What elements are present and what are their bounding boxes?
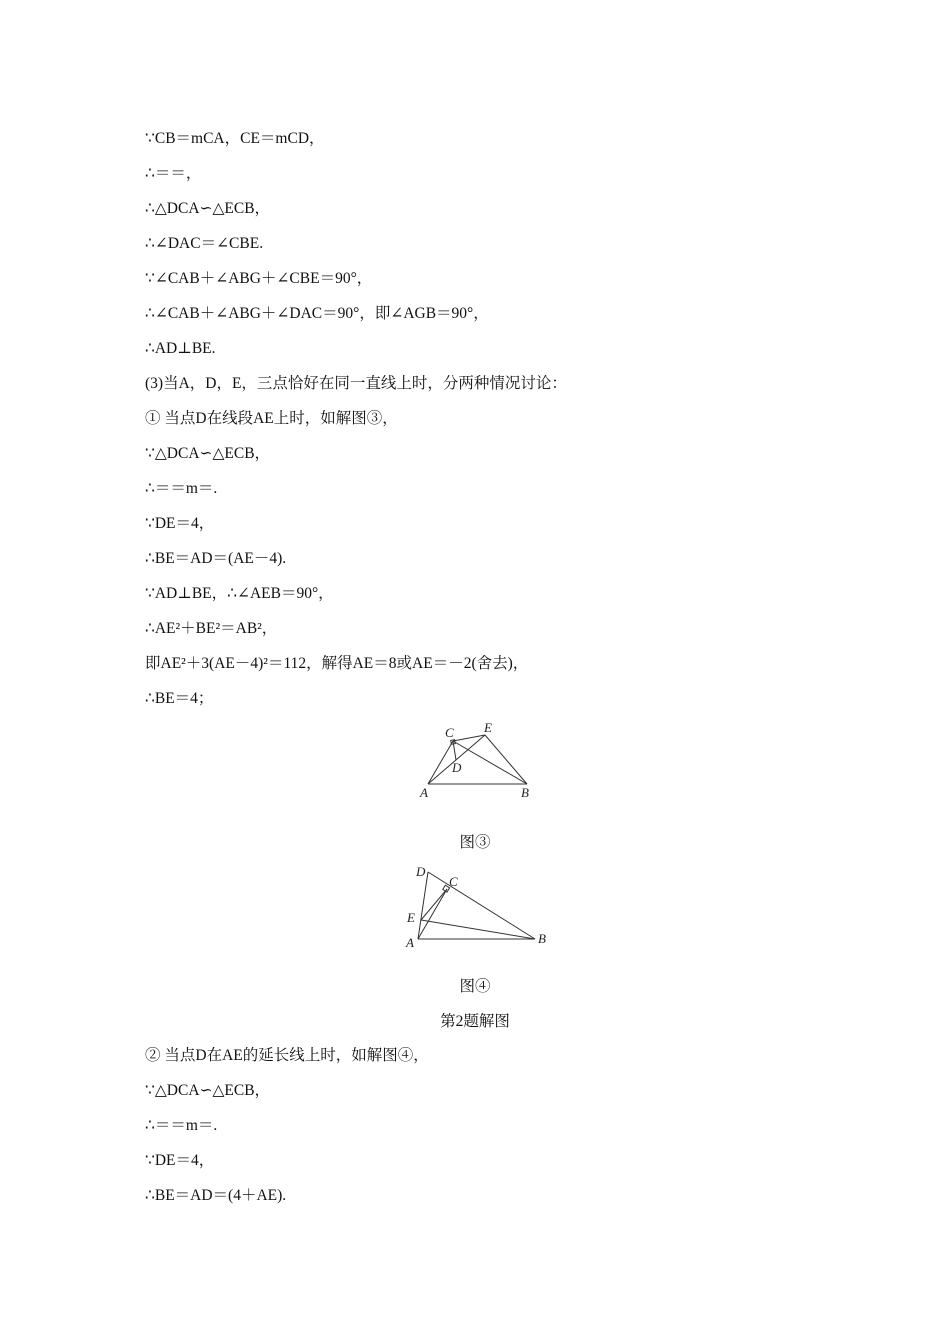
case2-heading: ② 当点D在AE的延长线上时，如解图④， [145,1046,429,1066]
proof-line-5: ∵∠CAB＋∠ABG＋∠CBE＝90°， [145,269,372,289]
proof-line-22: ∴BE＝AD＝(4＋AE). [145,1186,286,1206]
fig3-label-c: C [445,725,454,740]
fig3-label-b: B [521,785,529,800]
proof-line-11: ∴＝＝m＝. [145,479,217,499]
proof-line-6: ∴∠CAB＋∠ABG＋∠DAC＝90°，即∠AGB＝90°， [145,304,489,324]
proof-line-14: ∵AD⊥BE，∴∠AEB＝90°， [145,584,334,604]
proof-line-2: ∴＝＝， [145,164,201,184]
fig3-label-d: D [451,760,462,775]
proof-line-7: ∴AD⊥BE. [145,339,216,359]
proof-line-17: ∴BE＝4； [145,689,213,709]
fig4-label-e: E [406,910,415,925]
proof-line-3: ∴△DCA∽△ECB， [145,199,270,219]
fig3-label-a: A [419,785,428,800]
figure-4-caption: 图④ [0,977,950,997]
part3-heading: (3)当A，D，E，三点恰好在同一直线上时，分两种情况讨论： [145,374,567,394]
fig3-label-e: E [483,720,492,735]
proof-line-15: ∴AE²＋BE²＝AB²， [145,619,277,639]
fig4-label-a: A [405,935,414,950]
figure-4-diagram: D C E A B [400,858,560,953]
figure-group-caption: 第2题解图 [0,1012,950,1032]
proof-line-4: ∴∠DAC＝∠CBE. [145,234,263,254]
case1-heading: ① 当点D在线段AE上时，如解图③， [145,409,398,429]
fig4-label-b: B [538,931,546,946]
proof-line-16: 即AE²＋3(AE－4)²＝112，解得AE＝8或AE＝－2(舍去)， [145,654,528,674]
proof-line-10: ∵△DCA∽△ECB， [145,444,270,464]
proof-line-13: ∴BE＝AD＝(AE－4). [145,549,286,569]
fig4-label-c: C [449,874,458,889]
figure-3-caption: 图③ [0,833,950,853]
proof-line-19: ∵△DCA∽△ECB， [145,1081,270,1101]
proof-line-21: ∵DE＝4， [145,1151,214,1171]
figure-3-diagram: A B C D E [405,710,555,805]
proof-line-1: ∵CB＝mCA，CE＝mCD， [145,129,325,149]
proof-line-20: ∴＝＝m＝. [145,1116,217,1136]
fig4-label-d: D [415,864,426,879]
proof-line-12: ∵DE＝4， [145,514,214,534]
